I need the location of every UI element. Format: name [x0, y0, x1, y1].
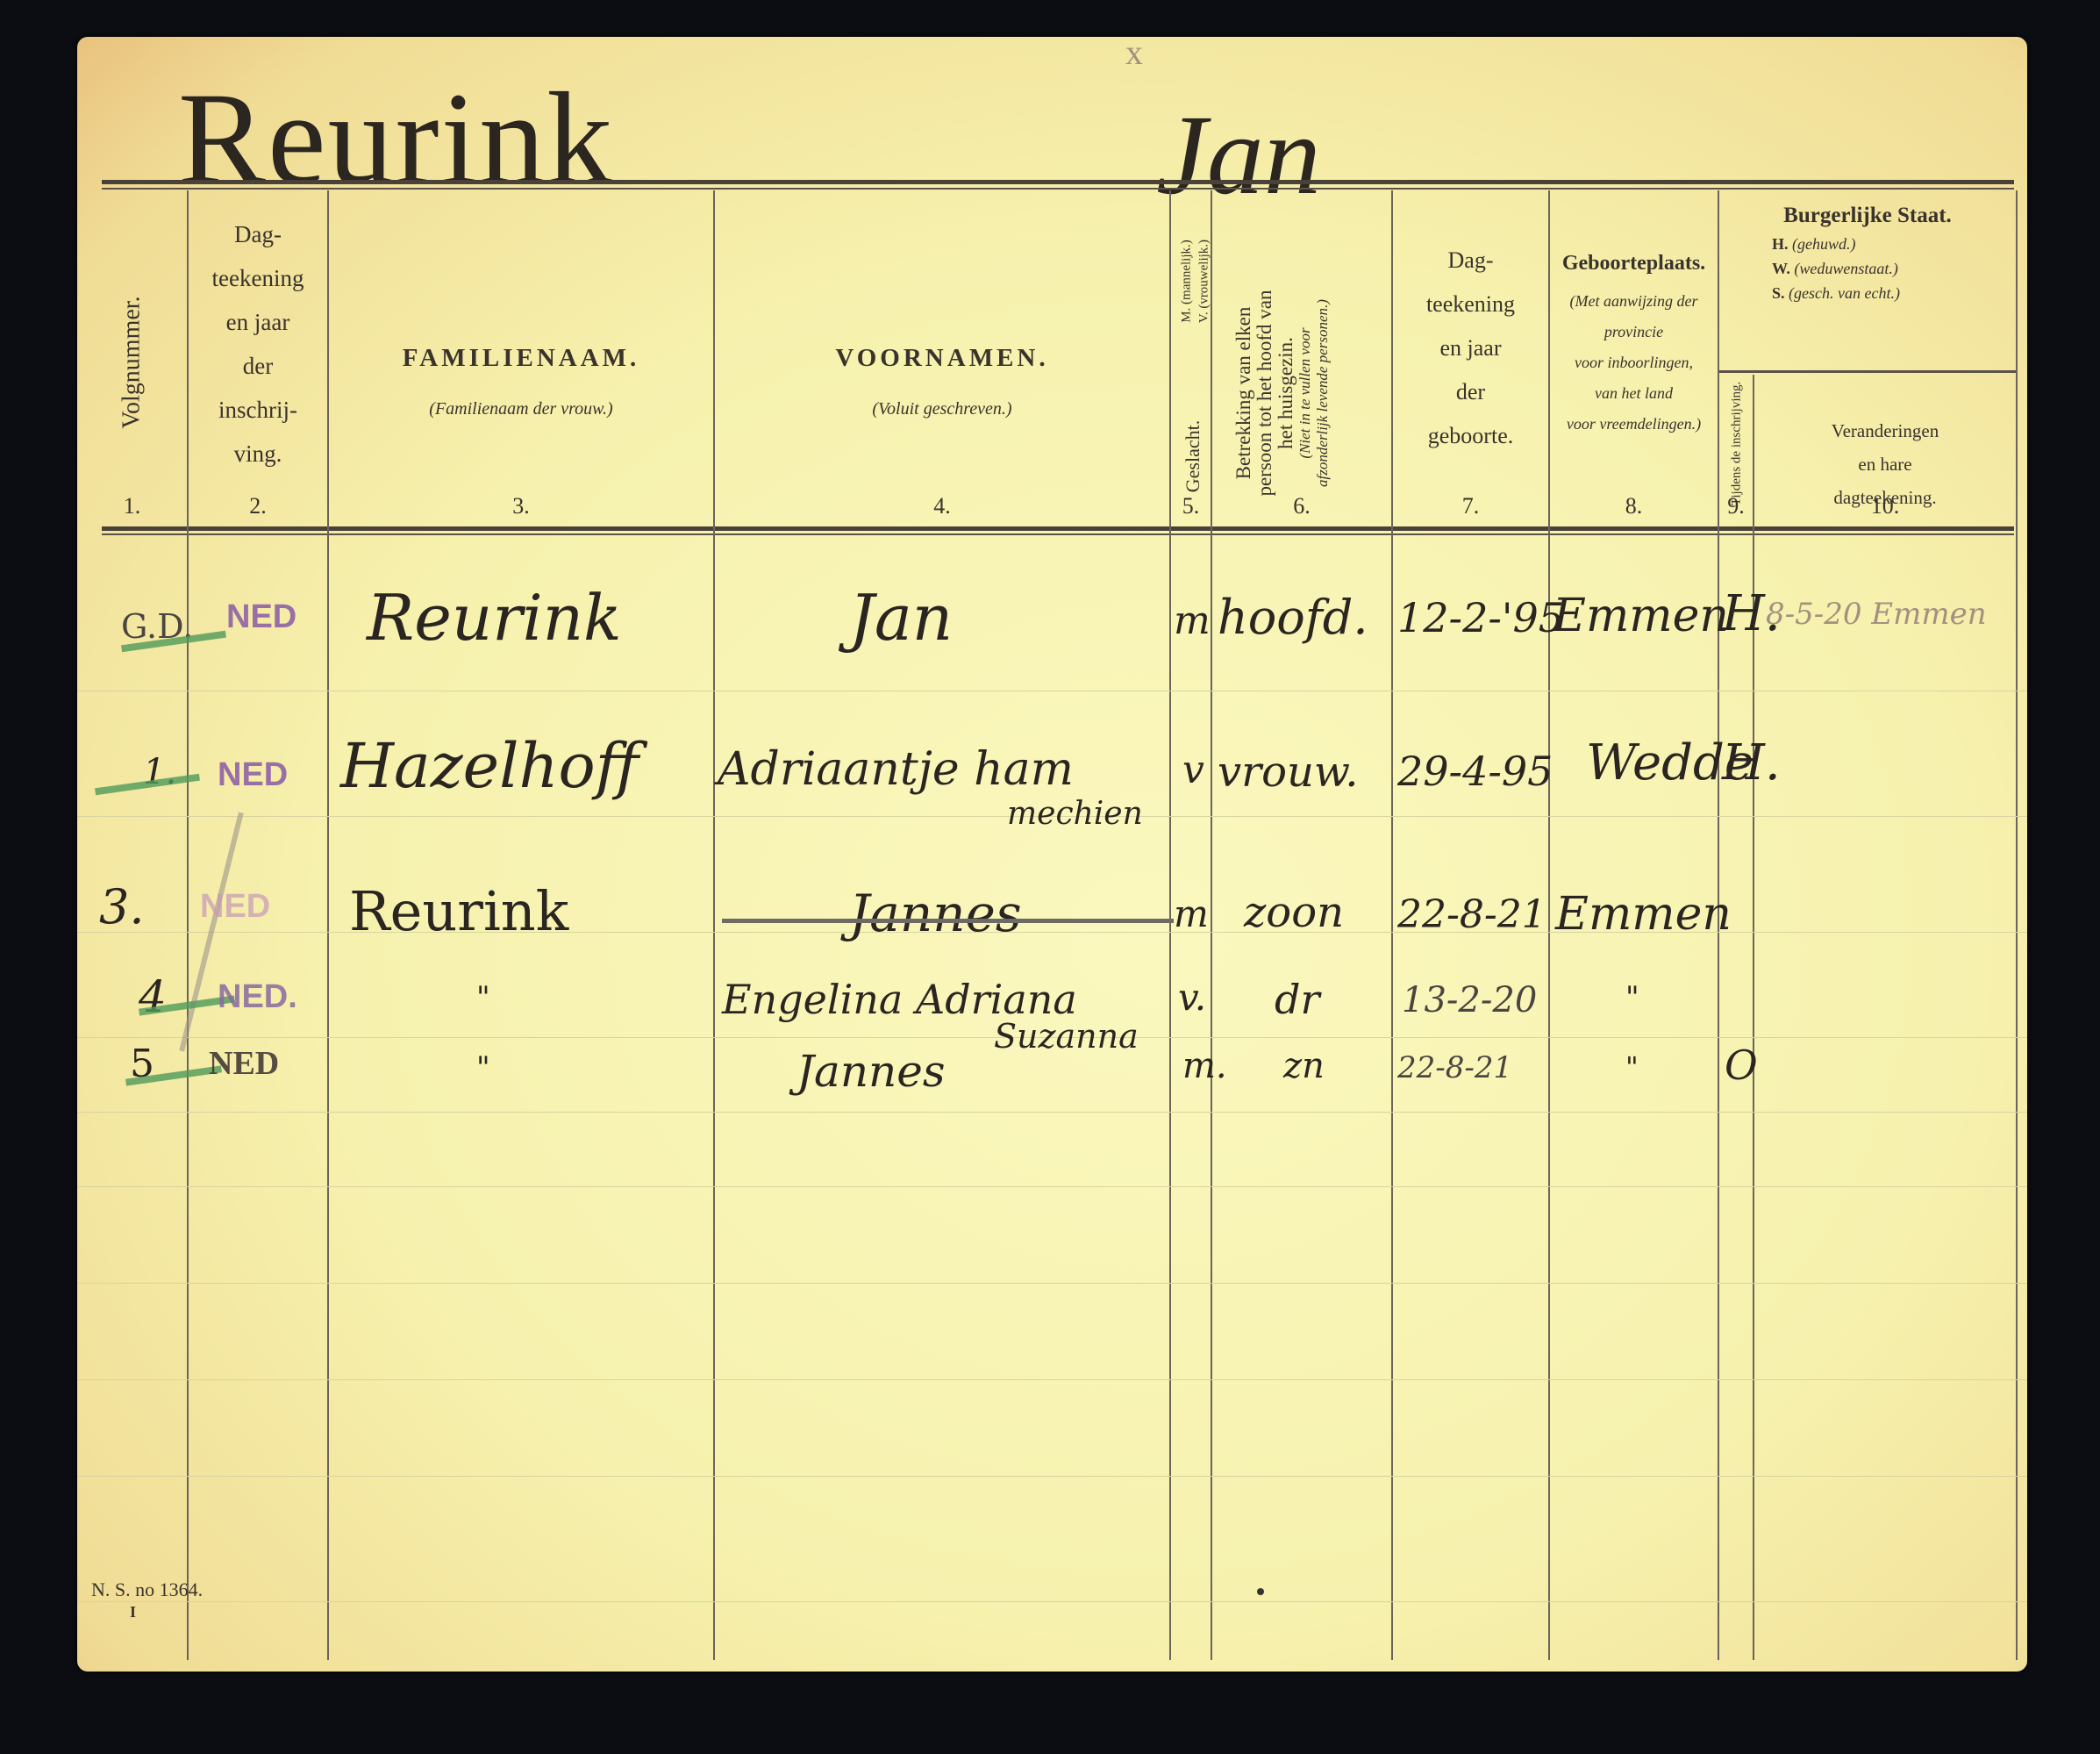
row-geboorteplaats: Emmen — [1555, 888, 1732, 941]
row-geboortedatum: 22-8-21 — [1397, 1050, 1512, 1085]
form-number: N. S. no 1364. — [91, 1579, 203, 1601]
row-familienaam: " — [476, 1050, 490, 1085]
header-line: voor vreemdelingen.) — [1550, 409, 1718, 440]
ruling-line — [77, 691, 2027, 691]
header-line: der — [189, 344, 327, 388]
row-voornamen: Engelina Adriana — [722, 976, 1077, 1023]
strikethrough-line — [722, 919, 1174, 923]
row-betrekking: zn — [1283, 1046, 1325, 1086]
row-betrekking: dr — [1275, 976, 1319, 1023]
nationality-stamp: NED — [218, 756, 288, 794]
header-line: Dag- — [1393, 239, 1548, 283]
header-line: ving. — [189, 432, 327, 476]
header-geslacht: Geslacht. M. (mannelijk.) V. (vrouwelijk… — [1171, 190, 1211, 524]
header-geboorteplaats-sub: (Met aanwijzing der provincie voor inboo… — [1550, 286, 1718, 440]
row-voornamen: Jan — [849, 581, 953, 655]
column-number: 9. — [1719, 493, 1753, 519]
header-line: voor inboorlingen, — [1550, 347, 1718, 378]
row-geboortedatum: 22-8-21 — [1397, 892, 1546, 937]
header-volgnummer: Volgnummer. — [77, 190, 187, 524]
header-familienaam: FAMILIENAAM. (Familienaam der vrouw.) — [329, 344, 713, 419]
row-volgnummer: 3. — [99, 879, 145, 934]
row-burgerlijke-staat: O — [1725, 1042, 1758, 1089]
header-bottom-rule — [102, 526, 2014, 531]
table-row: G.D. NED Reurink Jan m hoofd. 12-2-'95 E… — [77, 581, 2027, 669]
row-burgerlijke-staat: H. — [1722, 734, 1781, 791]
row-geboorteplaats: " — [1625, 1050, 1639, 1084]
row-voornamen: Jannes — [796, 1046, 946, 1097]
table-row: 5 NED " Jannes m. zn 22-8-21 " O — [77, 1042, 2027, 1120]
header-geboorteplaats: Geboorteplaats. (Met aanwijzing der prov… — [1550, 252, 1718, 440]
row-geslacht: v — [1182, 748, 1204, 792]
row-geslacht: m — [1174, 598, 1211, 643]
column-number: 3. — [329, 493, 713, 519]
ruling-line — [77, 1476, 2027, 1477]
column-number: 4. — [715, 493, 1169, 519]
column-number: 1. — [77, 493, 187, 519]
row-betrekking: zoon — [1244, 888, 1344, 937]
form-subnumber: I — [130, 1603, 136, 1622]
row-geboortedatum: 29-4-95 — [1397, 748, 1553, 795]
header-voornamen-title: VOORNAMEN. — [715, 344, 1169, 373]
civil-codes-list: H. (gehuwd.) W. (weduwenstaat.) S. (gesc… — [1719, 232, 2016, 305]
header-line: inschrij- — [189, 388, 327, 432]
nationality-stamp: NED. — [218, 978, 297, 1016]
header-inschrijving-date: Dag- teekening en jaar der inschrij- vin… — [189, 212, 327, 476]
header-familienaam-title: FAMILIENAAM. — [329, 344, 713, 373]
row-familienaam: Reurink — [367, 581, 622, 655]
header-line: en jaar — [1393, 326, 1548, 370]
ruling-line — [77, 1283, 2027, 1284]
row-veranderingen: 8-5-20 Emmen — [1766, 594, 2011, 634]
civil-code-item: W. (weduwenstaat.) — [1772, 256, 2016, 281]
civil-code-item: H. (gehuwd.) — [1772, 232, 2016, 256]
civil-code-item: S. (gesch. van echt.) — [1772, 281, 2016, 305]
header-top-rule — [102, 180, 2014, 184]
header-voornamen-sub: (Voluit geschreven.) — [715, 399, 1169, 419]
header-voornamen: VOORNAMEN. (Voluit geschreven.) — [715, 344, 1169, 419]
header-line: teekening — [189, 256, 327, 300]
header-burgerlijke-staat: Burgerlijke Staat. H. (gehuwd.) W. (wedu… — [1719, 204, 2016, 305]
row-geslacht: m. — [1182, 1046, 1227, 1086]
pencil-x-mark: x — [1125, 32, 1143, 73]
table-row: 1. NED Hazelhoff Adriaantje ham mechien … — [77, 730, 2027, 835]
row-betrekking: vrouw. — [1218, 748, 1359, 797]
ink-dot — [1257, 1588, 1264, 1595]
row-betrekking: hoofd. — [1218, 590, 1368, 645]
header-line: en hare — [1754, 447, 2016, 481]
nationality-stamp: NED — [209, 1044, 279, 1083]
row-geboortedatum: 12-2-'95 — [1397, 594, 1564, 641]
header-line: (Met aanwijzing der — [1550, 286, 1718, 317]
row-geboorteplaats: " — [1625, 980, 1639, 1015]
row-familienaam: Hazelhoff — [340, 730, 639, 802]
header-line: teekening — [1393, 283, 1548, 326]
column-number: 8. — [1550, 493, 1718, 519]
row-geboorteplaats: Emmen — [1553, 590, 1729, 642]
nationality-stamp: NED — [226, 598, 296, 636]
header-line: en jaar — [189, 300, 327, 344]
register-card: Reurink Jan x Volgnummer. Dag- teekening… — [77, 37, 2027, 1672]
header-burgerlijke-staat-title: Burgerlijke Staat. — [1719, 204, 2016, 228]
column-number: 10. — [1754, 493, 2016, 519]
column-number: 5. — [1171, 493, 1211, 519]
header-betrekking: Betrekking van elken persoon tot het hoo… — [1212, 190, 1391, 524]
header-line: Dag- — [189, 212, 327, 256]
row-geslacht: v. — [1178, 976, 1206, 1019]
table-row: 3. NED Reurink Jannes m zoon 22-8-21 Emm… — [77, 879, 2027, 958]
row-voornamen: Adriaantje ham — [718, 743, 1074, 796]
header-top-rule-thin — [102, 188, 2014, 190]
header-familienaam-sub: (Familienaam der vrouw.) — [329, 399, 713, 419]
row-voornamen-extra: mechien — [1007, 796, 1143, 832]
civil-state-subrule — [1719, 370, 2016, 373]
table-row: 4 NED. " Engelina Adriana Suzanna v. dr … — [77, 971, 2027, 1037]
header-line: geboorte. — [1393, 414, 1548, 458]
row-geslacht: m — [1174, 892, 1209, 935]
header-volgnummer-label: Volgnummer. — [118, 242, 146, 483]
column-number: 7. — [1393, 493, 1548, 519]
header-geslacht-v: V. (vrouwelijk.) — [1197, 216, 1212, 347]
header-line: van het land — [1550, 378, 1718, 409]
header-geslacht-m: M. (mannelijk.) — [1180, 216, 1195, 347]
row-familienaam: " — [476, 980, 490, 1015]
header-geboorteplaats-title: Geboorteplaats. — [1550, 252, 1718, 276]
header-bottom-rule-thin — [102, 533, 2014, 535]
row-voornamen: Jannes — [849, 884, 1022, 943]
title-surname: Reurink — [178, 63, 614, 214]
column-number: 2. — [189, 493, 327, 519]
row-familienaam: Reurink — [349, 879, 568, 943]
column-number: 6. — [1212, 493, 1391, 519]
ruling-line — [77, 1379, 2027, 1380]
ruling-line — [77, 1186, 2027, 1187]
header-line: provincie — [1550, 317, 1718, 347]
nationality-stamp: NED — [200, 888, 270, 926]
header-geboortedatum: Dag- teekening en jaar der geboorte. — [1393, 239, 1548, 458]
row-geboortedatum: 13-2-20 — [1402, 980, 1537, 1020]
header-line: Veranderingen — [1754, 414, 2016, 447]
header-line: der — [1393, 370, 1548, 414]
ruling-line — [77, 1601, 2027, 1602]
